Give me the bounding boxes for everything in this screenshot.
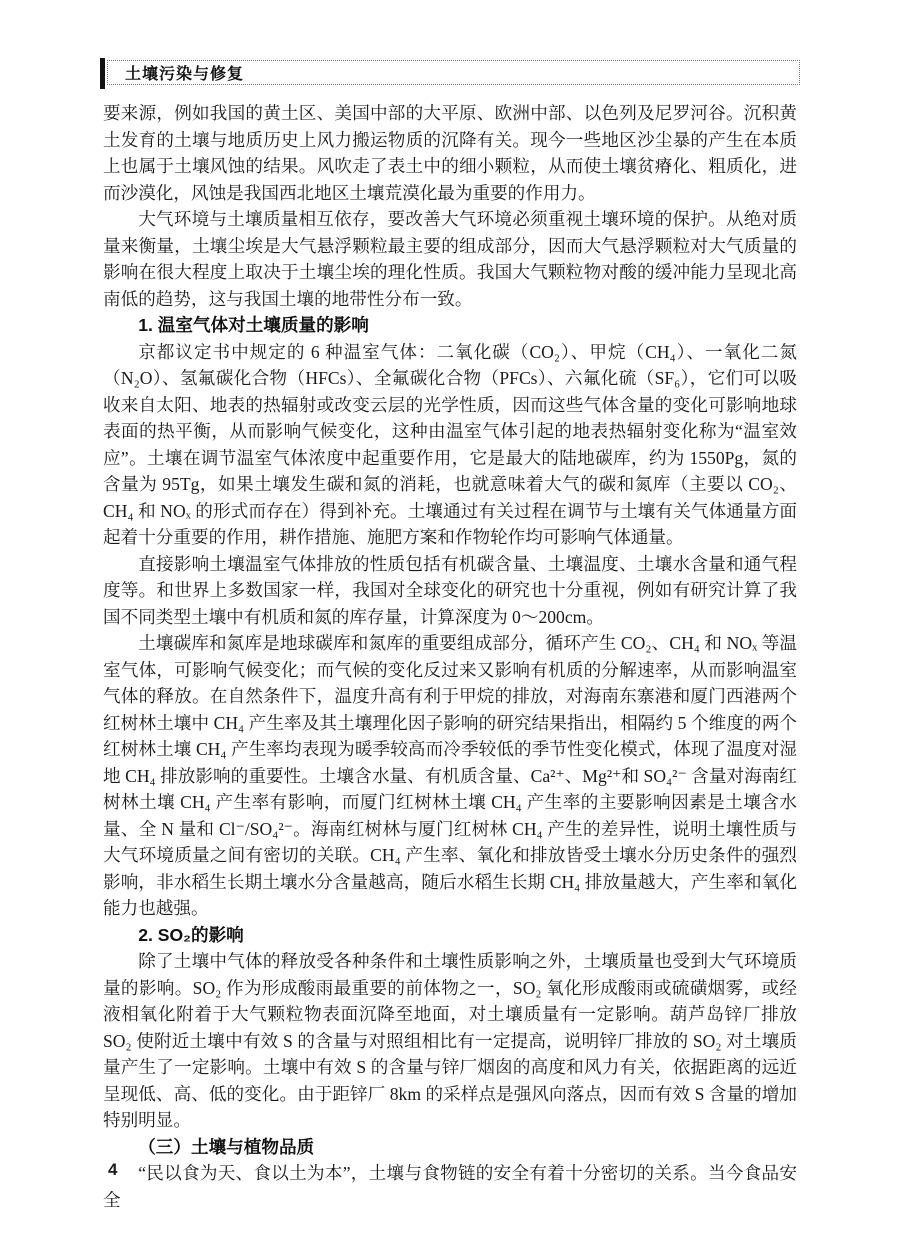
paragraph: 京都议定书中规定的 6 种温室气体：二氧化碳（CO₂）、甲烷（CH₄）、一氧化二… — [103, 339, 797, 551]
section-heading: 2. SO₂的影响 — [103, 922, 797, 949]
section-heading: （三）土壤与植物品质 — [103, 1134, 797, 1161]
paragraph: “民以食为天、食以土为本”，土壤与食物链的安全有着十分密切的关系。当今食品安全 — [103, 1160, 797, 1213]
paragraph: 大气环境与土壤质量相互依存，要改善大气环境必须重视土壤环境的保护。从绝对质量来衡… — [103, 206, 797, 312]
paragraph: 除了土壤中气体的释放受各种条件和土壤性质影响之外，土壤质量也受到大气环境质量的影… — [103, 948, 797, 1134]
running-head-title: 土壤污染与修复 — [125, 61, 244, 84]
paragraph: 土壤碳库和氮库是地球碳库和氮库的重要组成部分，循环产生 CO₂、CH₄ 和 NO… — [103, 630, 797, 922]
running-head: 土壤污染与修复 — [100, 59, 800, 89]
document-page: 土壤污染与修复 要来源，例如我国的黄土区、美国中部的大平原、欧洲中部、以色列及尼… — [0, 0, 900, 1253]
running-head-box: 土壤污染与修复 — [107, 60, 800, 85]
section-heading: 1. 温室气体对土壤质量的影响 — [103, 312, 797, 339]
page-body: 要来源，例如我国的黄土区、美国中部的大平原、欧洲中部、以色列及尼罗河谷。沉积黄土… — [103, 100, 797, 1213]
paragraph: 要来源，例如我国的黄土区、美国中部的大平原、欧洲中部、以色列及尼罗河谷。沉积黄土… — [103, 100, 797, 206]
paragraph: 直接影响土壤温室气体排放的性质包括有机碳含量、土壤温度、土壤水含量和通气程度等。… — [103, 551, 797, 631]
page-number: 4 — [108, 1160, 117, 1180]
header-accent-bar-icon — [100, 58, 105, 89]
